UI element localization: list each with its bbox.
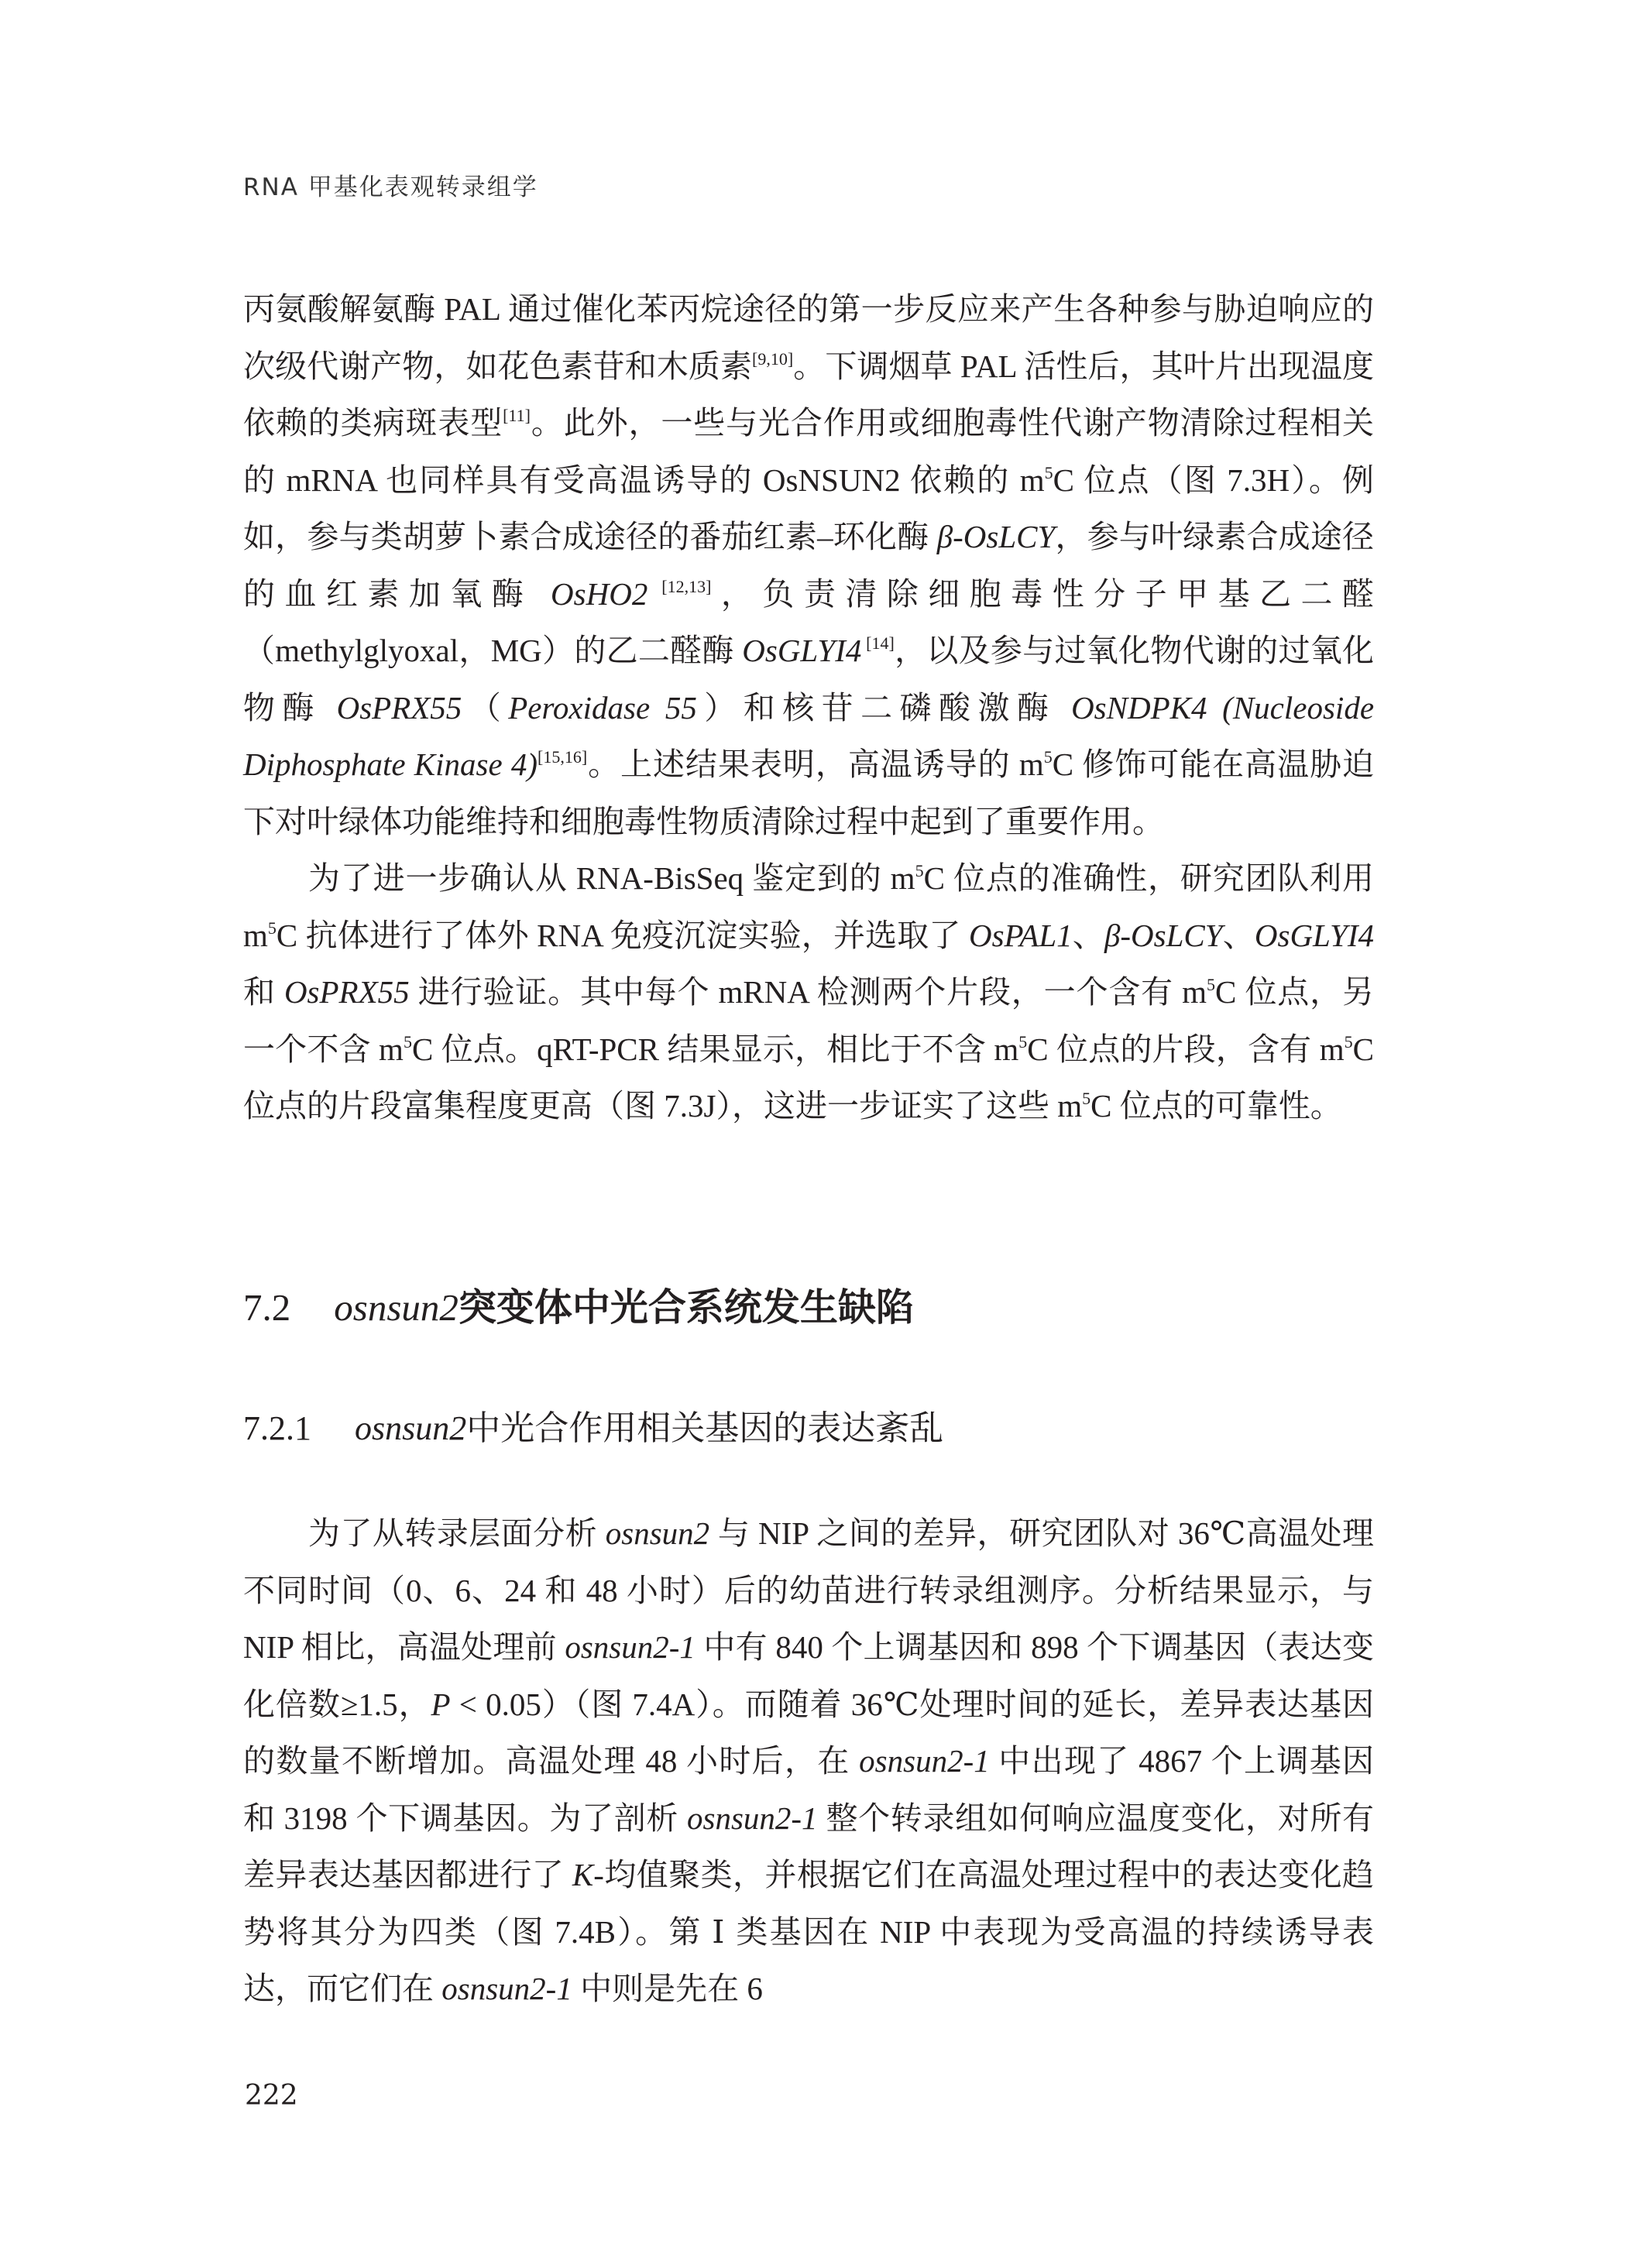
section-heading-7-2: 7.2osnsun2突变体中光合系统发生缺陷 (243, 1278, 914, 1332)
text-run: 。上述结果表明，高温诱导的 m (587, 746, 1044, 782)
text-run: C 位点的片段，含有 m (1027, 1031, 1344, 1067)
superscript: [9,10] (752, 349, 793, 369)
section-number: 7.2 (243, 1286, 290, 1329)
superscript: [15,16] (538, 747, 587, 767)
italic-term: β-OsLCY (1104, 918, 1223, 953)
text-run: 和 (243, 974, 284, 1010)
italic-term: OsPRX55 (284, 974, 410, 1010)
paragraph: 丙氨酸解氨酶 PAL 通过催化苯丙烷途径的第一步反应来产生各种参与胁迫响应的次级… (243, 281, 1374, 850)
subsection-number: 7.2.1 (243, 1409, 311, 1447)
superscript: [14] (861, 633, 894, 653)
running-head: RNA 甲基化表观转录组学 (243, 167, 538, 202)
subsection-title: 中光合作用相关基因的表达紊乱 (466, 1409, 943, 1447)
text-run: 为了进一步确认从 RNA-BisSeq 鉴定到的 m (308, 860, 915, 896)
superscript: 5 (1082, 1089, 1090, 1108)
superscript: 5 (1018, 1032, 1027, 1052)
italic-term: OsGLYI4 (1255, 918, 1374, 953)
section-7-2-1-body: 为了从转录层面分析 osnsun2 与 NIP 之间的差异，研究团队对 36℃高… (243, 1505, 1374, 2018)
italic-term: P (431, 1686, 451, 1722)
text-run: 中则是先在 6 (572, 1971, 763, 2006)
italic-term: OsNDPK4 (1071, 690, 1207, 726)
text-run: ）和核苷二磷酸激酶 (697, 690, 1071, 726)
italic-term: K (572, 1857, 593, 1892)
italic-term: osnsun2-1 (859, 1743, 990, 1779)
italic-term: OsGLYI4 (742, 633, 861, 668)
superscript: 5 (915, 861, 924, 880)
text-run: C 位点。qRT-PCR 结果显示，相比于不含 m (412, 1031, 1018, 1067)
italic-term: β-OsLCY (937, 519, 1056, 554)
paragraph: 为了从转录层面分析 osnsun2 与 NIP 之间的差异，研究团队对 36℃高… (243, 1505, 1374, 2018)
superscript: 5 (404, 1032, 412, 1052)
italic-term: osnsun2-1 (441, 1971, 572, 2006)
subsection-heading-7-2-1: 7.2.1osnsun2中光合作用相关基因的表达紊乱 (243, 1400, 943, 1450)
section-gene-name: osnsun2 (334, 1286, 459, 1329)
text-run: 、 (1223, 918, 1255, 953)
subsection-gene-name: osnsun2 (355, 1409, 466, 1447)
superscript: [11] (503, 406, 531, 425)
page-number: 222 (245, 2080, 298, 2112)
section-title: 突变体中光合系统发生缺陷 (459, 1286, 914, 1329)
superscript: 5 (1345, 1032, 1353, 1052)
section-7-1-body: 丙氨酸解氨酶 PAL 通过催化苯丙烷途径的第一步反应来产生各种参与胁迫响应的次级… (243, 281, 1374, 1135)
italic-term: osnsun2 (606, 1515, 709, 1551)
text-run: 进行验证。其中每个 mRNA 检测两个片段，一个含有 m (410, 974, 1207, 1010)
text-run: 为了从转录层面分析 (308, 1515, 606, 1551)
text-run: （ (462, 690, 508, 726)
italic-term: osnsun2-1 (565, 1629, 696, 1665)
italic-term: Peroxidase 55 (508, 690, 697, 726)
text-run: 、 (1073, 918, 1104, 953)
italic-term: OsPRX55 (337, 690, 462, 726)
text-run: C 抗体进行了体外 RNA 免疫沉淀实验，并选取了 (276, 918, 969, 953)
italic-term: OsHO2 (551, 576, 647, 612)
superscript: 5 (1044, 747, 1053, 767)
italic-term: osnsun2-1 (687, 1800, 818, 1836)
paragraph: 为了进一步确认从 RNA-BisSeq 鉴定到的 m5C 位点的准确性，研究团队… (243, 850, 1374, 1135)
superscript: [12,13] (647, 577, 711, 596)
superscript: 5 (268, 918, 276, 938)
superscript: 5 (1207, 975, 1215, 994)
superscript: 5 (1045, 463, 1053, 482)
italic-term: OsPAL1 (969, 918, 1073, 953)
text-run: C 位点的可靠性。 (1090, 1088, 1342, 1124)
